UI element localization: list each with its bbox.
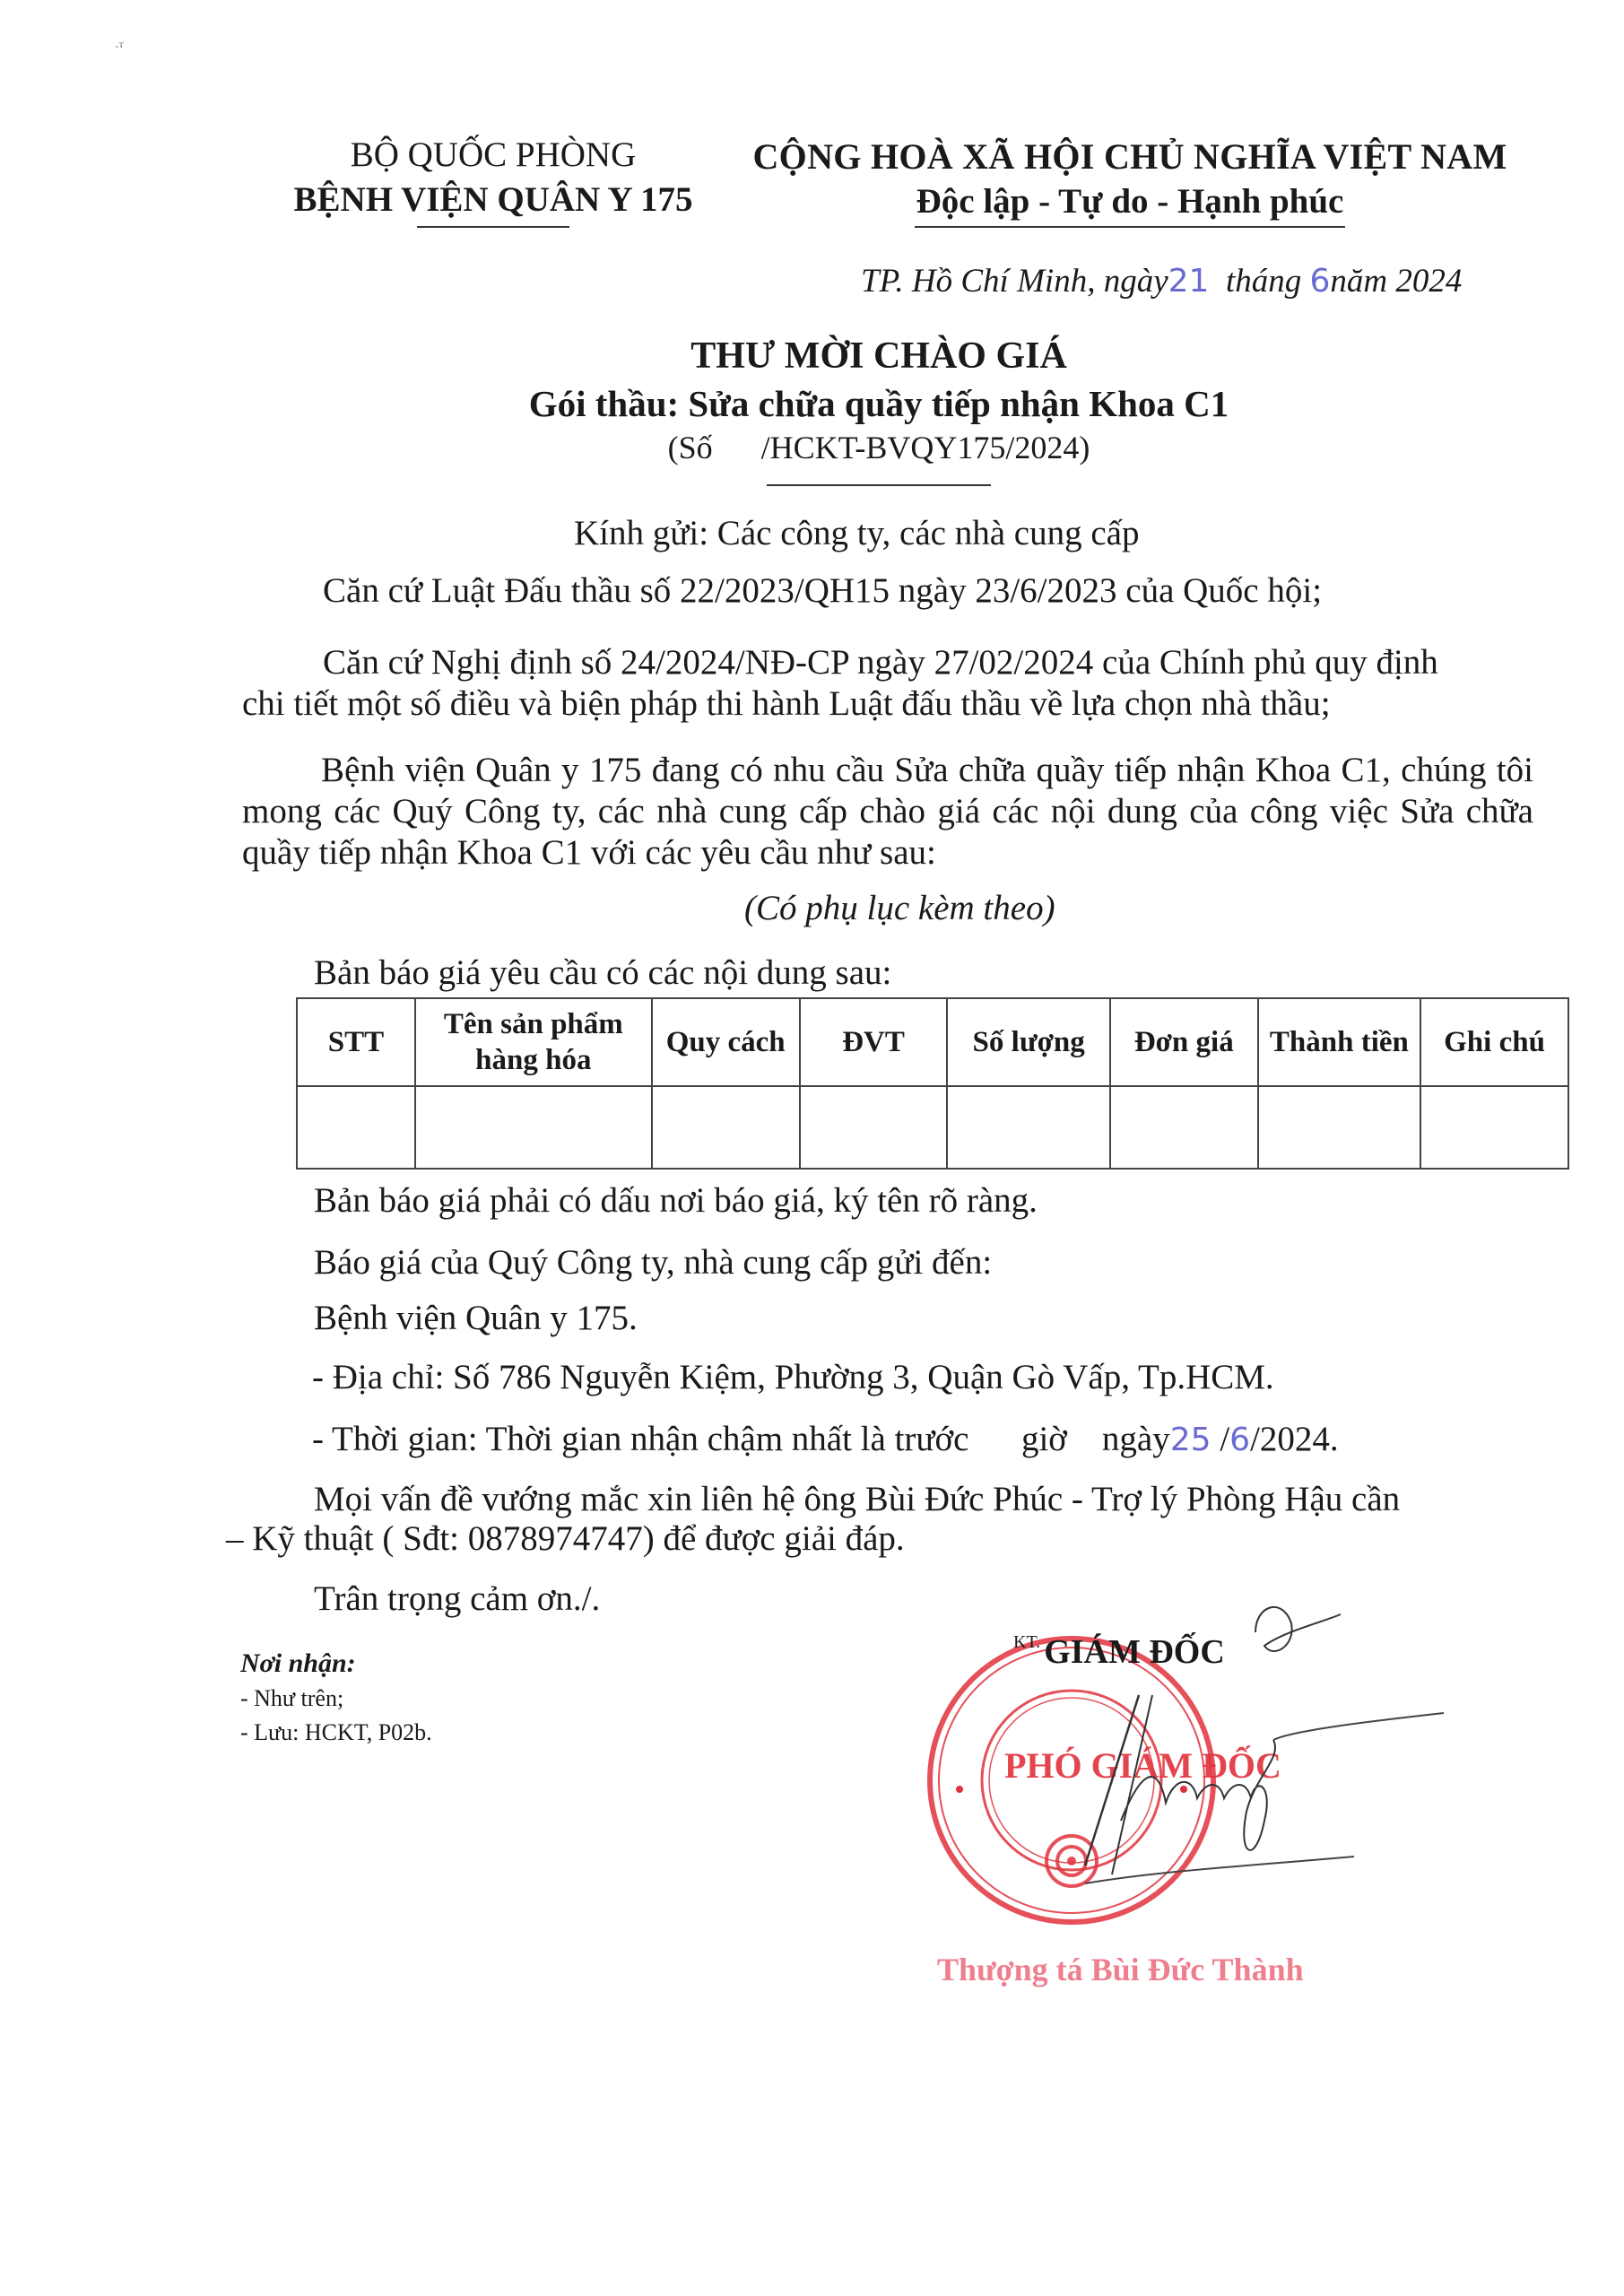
scan-artifact: ·ᵀ xyxy=(115,41,124,56)
legal-basis-decree-line1: Căn cứ Nghị định số 24/2024/NĐ-CP ngày 2… xyxy=(323,642,1438,683)
contact-line-2: – Kỹ thuật ( Sđt: 0878974747) để được gi… xyxy=(226,1518,905,1560)
col-header-stt: STT xyxy=(297,998,415,1086)
legal-basis-law: Căn cứ Luật Đấu thầu số 22/2023/QH15 ngà… xyxy=(323,570,1322,612)
col-header-total: Thành tiền xyxy=(1258,998,1420,1086)
table-intro: Bản báo giá yêu cầu có các nội dung sau: xyxy=(314,952,891,994)
cell-unit-price xyxy=(1110,1086,1258,1169)
stamp-requirement: Bản báo giá phải có dấu nơi báo giá, ký … xyxy=(314,1180,1038,1222)
ministry-name: BỘ QUỐC PHÒNG xyxy=(260,133,726,178)
col-header-product-name: Tên sản phẩm hàng hóa xyxy=(415,998,652,1086)
legal-basis-decree-line2: chi tiết một số điều và biện pháp thi hà… xyxy=(242,683,1331,725)
recipient-item: - Lưu: HCKT, P02b. xyxy=(240,1716,432,1750)
recipients-block: Nơi nhận: - Như trên; - Lưu: HCKT, P02b. xyxy=(240,1646,432,1750)
table-header-row: STT Tên sản phẩm hàng hóa Quy cách ĐVT S… xyxy=(297,998,1568,1086)
header-divider xyxy=(417,226,569,228)
col-header-unit: ĐVT xyxy=(800,998,948,1086)
document-number: (Số /HCKT-BVQY175/2024) xyxy=(430,427,1327,468)
closing-line: Trân trọng cảm ơn./. xyxy=(314,1578,600,1620)
cell-total xyxy=(1258,1086,1420,1169)
recipients-heading: Nơi nhận: xyxy=(240,1646,432,1682)
cell-unit xyxy=(800,1086,948,1169)
bid-package: Gói thầu: Sửa chữa quầy tiếp nhận Khoa C… xyxy=(430,380,1327,427)
dateline-month-label: tháng xyxy=(1226,263,1301,300)
republic-name: CỘNG HOÀ XÃ HỘI CHỦ NGHĨA VIỆT NAM xyxy=(744,135,1515,179)
national-motto: Độc lập - Tự do - Hạnh phúc xyxy=(916,179,1344,224)
col-header-unit-price: Đơn giá xyxy=(1110,998,1258,1086)
col-header-spec: Quy cách xyxy=(652,998,800,1086)
deadline-prefix: - Thời gian: Thời gian nhận chậm nhất là… xyxy=(312,1420,1170,1458)
destination-address: - Địa chỉ: Số 786 Nguyễn Kiệm, Phường 3,… xyxy=(312,1357,1274,1398)
quote-table: STT Tên sản phẩm hàng hóa Quy cách ĐVT S… xyxy=(296,997,1569,1170)
cell-spec xyxy=(652,1086,800,1169)
handwritten-signature-icon xyxy=(986,1596,1453,1892)
request-paragraph: Bệnh viện Quân y 175 đang có nhu cầu Sửa… xyxy=(242,750,1533,874)
table-row xyxy=(297,1086,1568,1169)
recipient-salutation: Kính gửi: Các công ty, các nhà cung cấp xyxy=(574,513,1139,554)
document-title: THƯ MỜI CHÀO GIÁ xyxy=(430,332,1327,380)
dateline: TP. Hồ Chí Minh, ngày21 tháng 6năm 2024 xyxy=(861,262,1462,300)
document-title-block: THƯ MỜI CHÀO GIÁ Gói thầu: Sửa chữa quầy… xyxy=(430,332,1327,486)
national-header: CỘNG HOÀ XÃ HỘI CHỦ NGHĨA VIỆT NAM Độc l… xyxy=(744,135,1515,228)
issuer-header: BỘ QUỐC PHÒNG BỆNH VIỆN QUÂN Y 175 xyxy=(260,133,726,228)
deadline-line: - Thời gian: Thời gian nhận chậm nhất là… xyxy=(312,1419,1339,1461)
handwritten-day: 21 xyxy=(1168,263,1210,300)
col-header-notes: Ghi chú xyxy=(1420,998,1568,1086)
recipient-item: - Như trên; xyxy=(240,1682,432,1716)
cell-notes xyxy=(1420,1086,1568,1169)
destination-hospital: Bệnh viện Quân y 175. xyxy=(314,1298,638,1339)
cell-product-name xyxy=(415,1086,652,1169)
signer-name: Thượng tá Bùi Đức Thành xyxy=(937,1951,1304,1988)
hospital-name: BỆNH VIỆN QUÂN Y 175 xyxy=(260,178,726,222)
deadline-year: /2024. xyxy=(1250,1420,1339,1458)
motto-divider xyxy=(915,226,1345,228)
col-header-quantity: Số lượng xyxy=(947,998,1109,1086)
title-divider xyxy=(767,484,991,486)
handwritten-deadline-day: 25 xyxy=(1170,1422,1211,1458)
cell-stt xyxy=(297,1086,415,1169)
dateline-prefix: TP. Hồ Chí Minh, ngày xyxy=(861,263,1168,300)
handwritten-deadline-month: 6 xyxy=(1229,1422,1250,1458)
dateline-year: năm 2024 xyxy=(1330,263,1462,300)
cell-quantity xyxy=(947,1086,1109,1169)
handwritten-month: 6 xyxy=(1309,263,1330,300)
contact-line-1: Mọi vấn đề vướng mắc xin liên hệ ông Bùi… xyxy=(314,1479,1400,1520)
send-to-label: Báo giá của Quý Công ty, nhà cung cấp gử… xyxy=(314,1242,992,1283)
annex-note: (Có phụ lục kèm theo) xyxy=(744,888,1055,929)
